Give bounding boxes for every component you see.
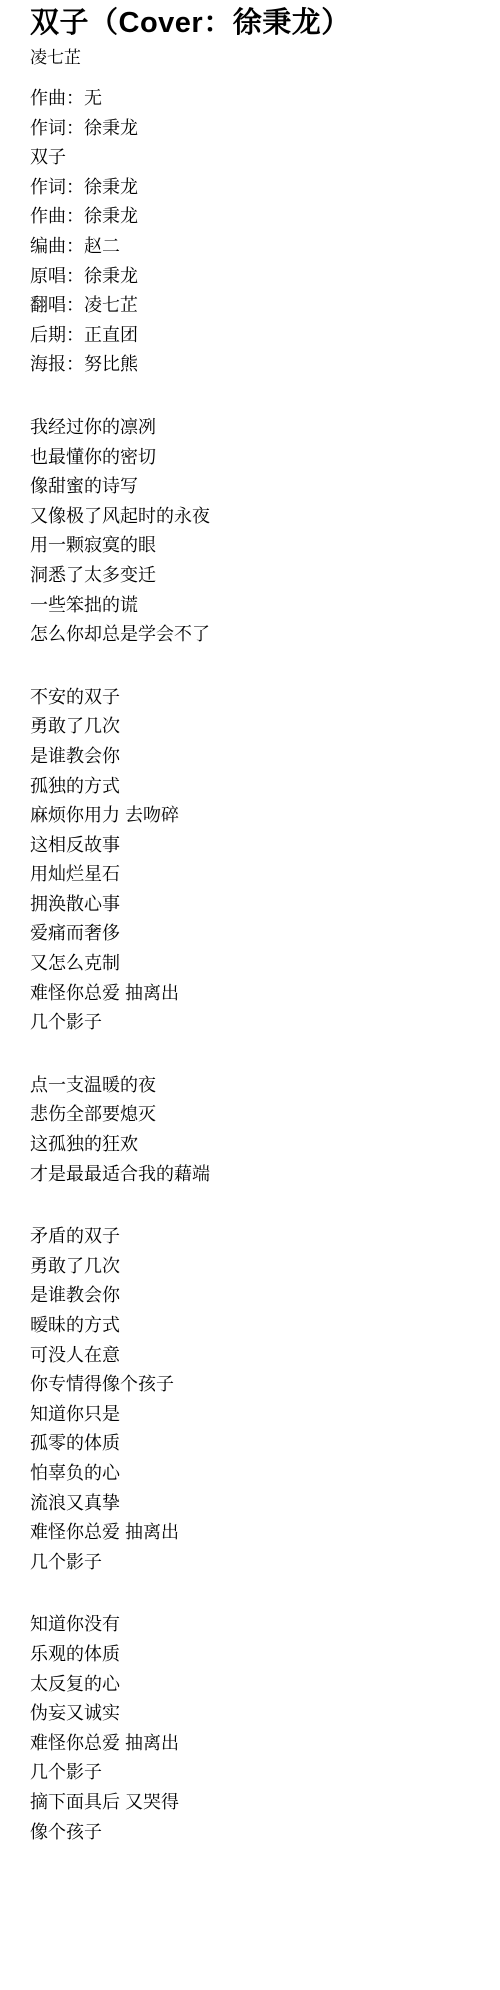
- lyric-line: 像个孩子: [30, 1822, 102, 1842]
- lyric-line: 是谁教会你: [30, 1285, 120, 1305]
- lyric-line: 像甜蜜的诗写: [30, 476, 138, 496]
- song-title: 双子（Cover：徐秉龙）: [30, 6, 480, 41]
- lyric-line: 怎么你却总是学会不了: [30, 624, 210, 644]
- lyric-line: 几个影子: [30, 1762, 102, 1782]
- lyric-line: 太反复的心: [30, 1674, 120, 1694]
- lyric-line: 原唱：徐秉龙: [30, 266, 138, 286]
- lyric-line: 爱痛而奢侈: [30, 923, 120, 943]
- lyric-line: 是谁教会你: [30, 746, 120, 766]
- lyric-line: 翻唱：凌七芷: [30, 295, 138, 315]
- lyric-line: 摘下面具后 又哭得: [30, 1792, 179, 1812]
- lyric-line: 几个影子: [30, 1552, 102, 1572]
- lyric-line: 难怪你总爱 抽离出: [30, 1733, 179, 1753]
- stanza: 不安的双子勇敢了几次是谁教会你孤独的方式麻烦你用力 去吻碎这相反故事用灿烂星石拥…: [30, 683, 480, 1038]
- lyric-line: 可没人在意: [30, 1345, 120, 1365]
- lyric-line: 麻烦你用力 去吻碎: [30, 805, 179, 825]
- lyric-line: 编曲：赵二: [30, 236, 120, 256]
- stanza: 点一支温暖的夜悲伤全部要熄灭这孤独的狂欢才是最最适合我的藉端: [30, 1071, 480, 1189]
- lyric-line: 作曲：徐秉龙: [30, 206, 138, 226]
- lyric-line: 海报：努比熊: [30, 354, 138, 374]
- lyric-line: 勇敢了几次: [30, 716, 120, 736]
- lyric-line: 我经过你的凛冽: [30, 417, 156, 437]
- lyrics-page: 双子（Cover：徐秉龙） 凌七芷 作曲：无作词：徐秉龙双子作词：徐秉龙作曲：徐…: [0, 0, 500, 1990]
- lyric-line: 怕辜负的心: [30, 1463, 120, 1483]
- stanza: 作曲：无作词：徐秉龙双子作词：徐秉龙作曲：徐秉龙编曲：赵二原唱：徐秉龙翻唱：凌七…: [30, 84, 480, 380]
- lyric-line: 孤零的体质: [30, 1433, 120, 1453]
- lyric-line: 用一颗寂寞的眼: [30, 535, 156, 555]
- stanza: 矛盾的双子勇敢了几次是谁教会你暧昧的方式可没人在意你专情得像个孩子知道你只是孤零…: [30, 1222, 480, 1577]
- lyric-line: 难怪你总爱 抽离出: [30, 983, 179, 1003]
- lyric-line: 作曲：无: [30, 88, 102, 108]
- lyric-line: 悲伤全部要熄灭: [30, 1104, 156, 1124]
- lyric-line: 作词：徐秉龙: [30, 118, 138, 138]
- lyric-line: 流浪又真挚: [30, 1493, 120, 1513]
- lyric-line: 洞悉了太多变迁: [30, 565, 156, 585]
- lyric-line: 暧昧的方式: [30, 1315, 120, 1335]
- lyric-line: 双子: [30, 147, 66, 167]
- lyric-line: 作词：徐秉龙: [30, 177, 138, 197]
- lyric-line: 又怎么克制: [30, 953, 120, 973]
- lyric-line: 孤独的方式: [30, 776, 120, 796]
- lyric-line: 矛盾的双子: [30, 1226, 120, 1246]
- lyric-line: 拥涣散心事: [30, 894, 120, 914]
- lyric-line: 你专情得像个孩子: [30, 1374, 174, 1394]
- lyric-line: 点一支温暖的夜: [30, 1075, 156, 1095]
- lyric-line: 乐观的体质: [30, 1644, 120, 1664]
- stanza: 我经过你的凛冽也最懂你的密切像甜蜜的诗写又像极了风起时的永夜用一颗寂寞的眼洞悉了…: [30, 413, 480, 650]
- lyric-line: 难怪你总爱 抽离出: [30, 1522, 179, 1542]
- lyric-line: 一些笨拙的谎: [30, 595, 138, 615]
- lyric-line: 勇敢了几次: [30, 1256, 120, 1276]
- lyric-line: 知道你只是: [30, 1404, 120, 1424]
- lyrics-container: 作曲：无作词：徐秉龙双子作词：徐秉龙作曲：徐秉龙编曲：赵二原唱：徐秉龙翻唱：凌七…: [30, 84, 480, 1847]
- lyric-line: 也最懂你的密切: [30, 447, 156, 467]
- artist-name: 凌七芷: [30, 47, 480, 68]
- lyric-line: 这孤独的狂欢: [30, 1134, 138, 1154]
- lyric-line: 这相反故事: [30, 835, 120, 855]
- lyric-line: 伪妄又诚实: [30, 1703, 120, 1723]
- lyric-line: 知道你没有: [30, 1614, 120, 1634]
- lyric-line: 用灿烂星石: [30, 864, 120, 884]
- lyric-line: 不安的双子: [30, 687, 120, 707]
- lyric-line: 后期：正直团: [30, 325, 138, 345]
- lyric-line: 几个影子: [30, 1012, 102, 1032]
- lyric-line: 又像极了风起时的永夜: [30, 506, 210, 526]
- stanza: 知道你没有乐观的体质太反复的心伪妄又诚实难怪你总爱 抽离出几个影子摘下面具后 又…: [30, 1610, 480, 1847]
- lyric-line: 才是最最适合我的藉端: [30, 1164, 210, 1184]
